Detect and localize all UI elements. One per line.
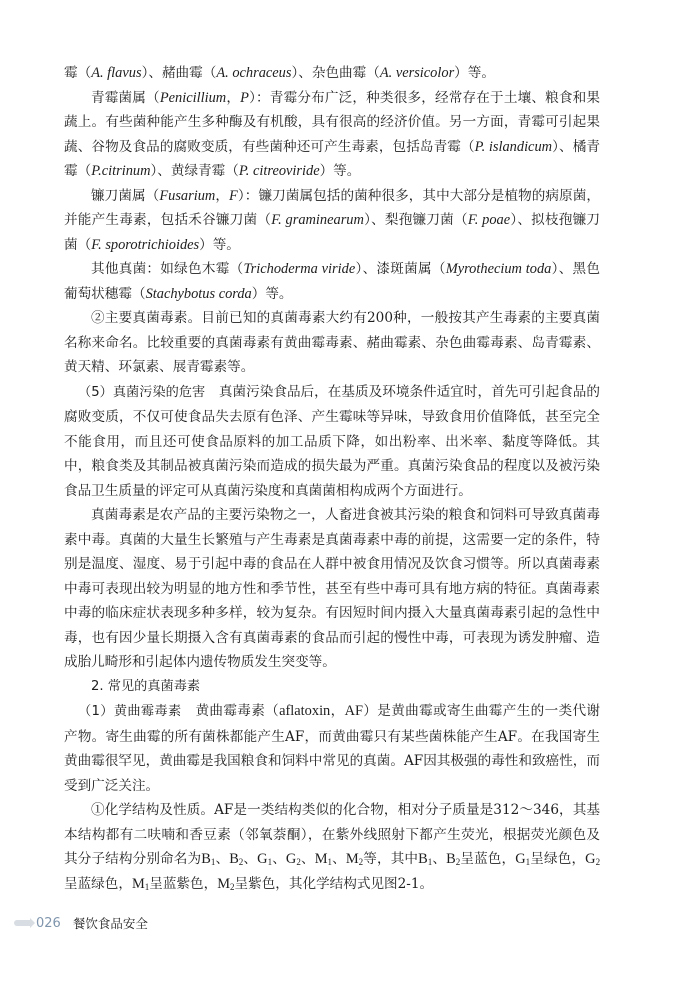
- book-title: 餐饮食品安全: [73, 914, 148, 932]
- paragraph-fungal-contamination-hazard: （5）真菌污染的危害 真菌污染食品后，在基质及环境条件适宜时，首先可引起食品的腐…: [64, 380, 600, 504]
- paragraph-aflatoxin: （1）黄曲霉毒素 黄曲霉毒素（aflatoxin，AF）是黄曲霉或寄生曲霉产生的…: [64, 699, 600, 798]
- paragraph-other-fungi: 其他真菌：如绿色木霉（Trichoderma viride）、漆斑菌属（Myro…: [64, 257, 600, 306]
- paragraph-aspergillus-continued: 霉（A. flavus）、赭曲霉（A. ochraceus）、杂色曲霉（A. v…: [64, 61, 600, 86]
- paragraph-mycotoxin-poisoning: 真菌毒素是农产品的主要污染物之一，人畜进食被其污染的粮食和饲料可导致真菌毒素中毒…: [64, 503, 600, 675]
- page-number: 026: [36, 916, 61, 931]
- paragraph-main-mycotoxins: ②主要真菌毒素。目前已知的真菌毒素大约有200种，一般按其产生毒素的主要真菌名称…: [64, 306, 600, 380]
- page-footer: 026 餐饮食品安全: [14, 913, 148, 933]
- section-heading: 2. 常见的真菌毒素: [64, 675, 600, 700]
- paragraph-fusarium: 镰刀菌属（Fusarium，F）：镰刀菌属包括的菌种很多，其中大部分是植物的病原…: [64, 184, 600, 258]
- arrow-icon: [14, 920, 30, 926]
- paragraph-penicillium: 青霉菌属（Penicillium，P）：青霉分布广泛，种类很多，经常存在于土壤、…: [64, 86, 600, 184]
- subsection-heading: （5）真菌污染的危害: [78, 385, 205, 400]
- page-body: 霉（A. flavus）、赭曲霉（A. ochraceus）、杂色曲霉（A. v…: [64, 61, 600, 896]
- paragraph-aflatoxin-structure: ①化学结构及性质。AF是一类结构类似的化合物，相对分子质量是312～346，其基…: [64, 798, 600, 896]
- subsection-heading: （1）黄曲霉毒素: [78, 704, 182, 719]
